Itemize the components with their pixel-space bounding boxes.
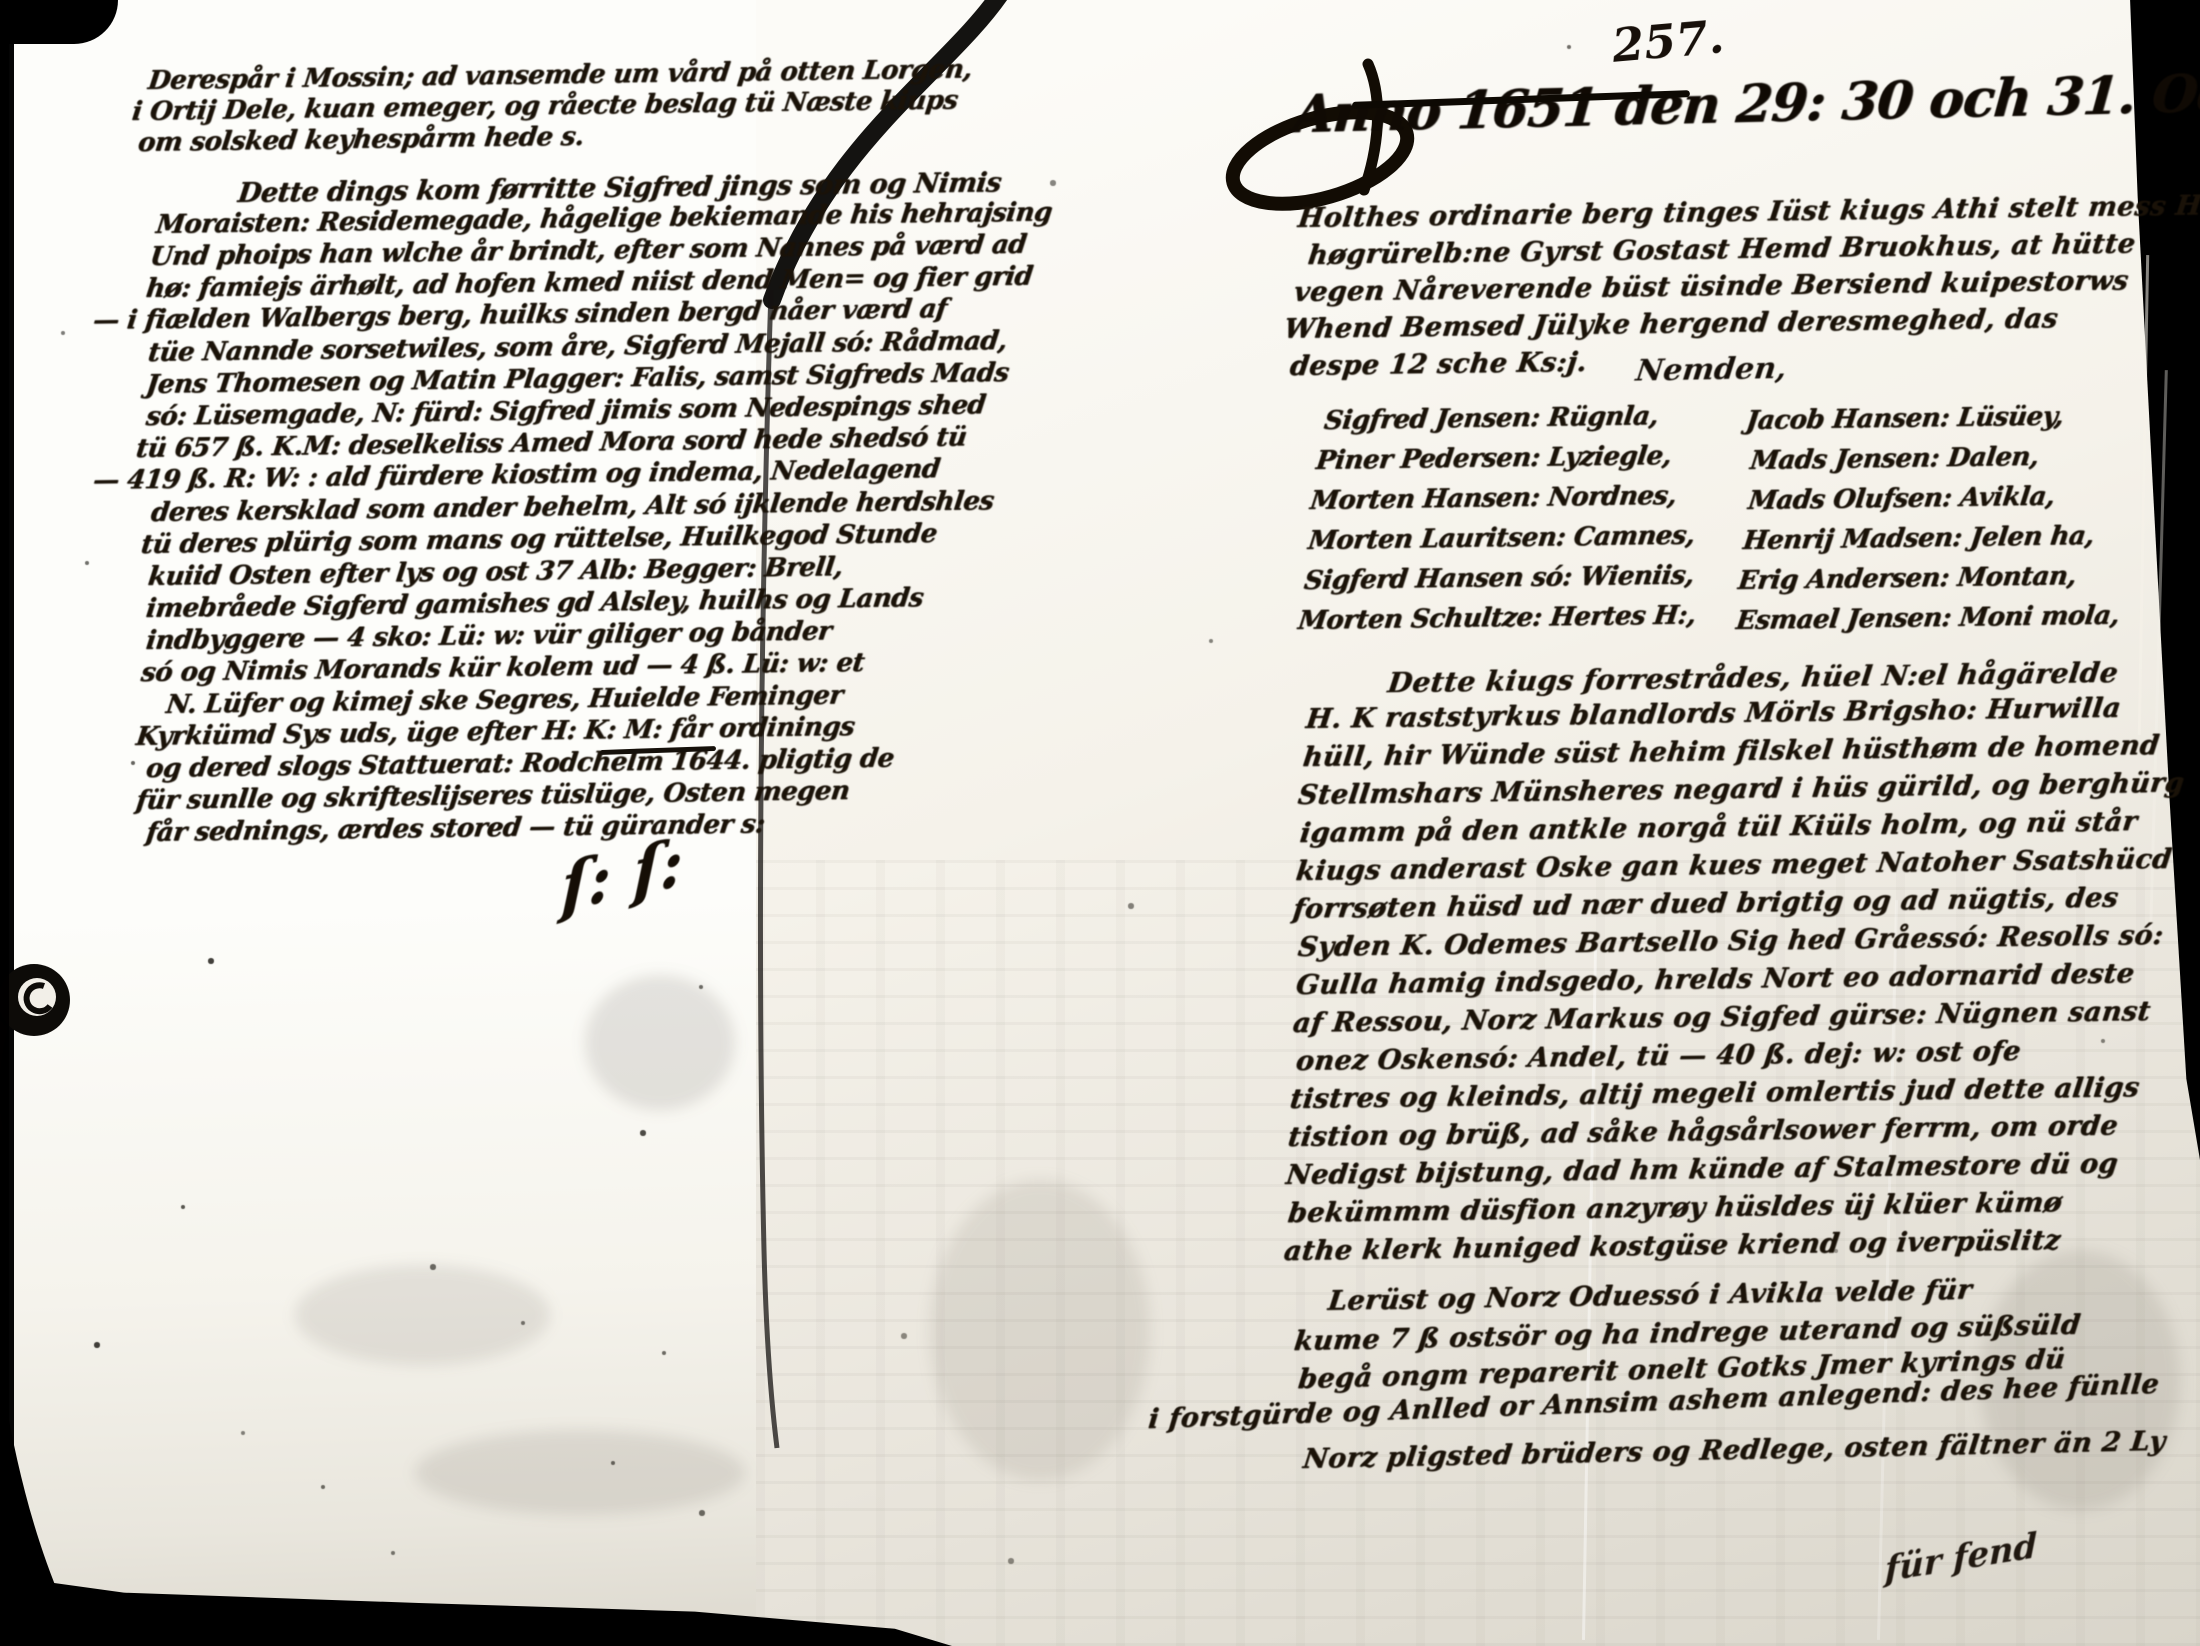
handwriting-line: Sigfred Jensen: Rügnla, (1322, 401, 1660, 436)
handwriting-line: Sigferd Hansen só: Wieniis, (1302, 561, 1695, 596)
handwriting-line: Morten Schultze: Hertes H:, (1296, 600, 1697, 636)
page-curl-artifact (0, 964, 70, 1602)
handwriting-line: Piner Pedersen: Lyziegle, (1314, 441, 1673, 476)
scan-border-left (0, 0, 9, 1646)
handwriting-line: Jacob Hansen: Lüsüey, (1744, 402, 2065, 436)
handwriting-line: Esmael Jensen: Moni mola, (1734, 601, 2121, 636)
handwriting-line: Morten Hansen: Nordnes, (1308, 481, 1678, 516)
handwriting-line: Mads Jensen: Dalen, (1748, 442, 2040, 476)
jury-list-label: Nemden, (1634, 351, 1789, 389)
manuscript-scan: 257. Anno 1651 den 29: 30 och 31. Octobr… (0, 0, 2200, 1646)
handwriting-line: Henrij Madsen: Jelen ha, (1741, 521, 2095, 556)
handwriting-line: Morten Lauritsen: Camnes, (1306, 521, 1696, 556)
page-number: 257. (1610, 9, 1726, 73)
handwriting-line: om solsked keyhespårm hede s. (136, 122, 585, 158)
handwriting-line: Mads Olufsen: Avikla, (1746, 482, 2056, 516)
handwriting-line: Erig Andersen: Montan, (1736, 561, 2077, 596)
handwriting-line: despe 12 sche Ks:j. (1288, 347, 1589, 382)
